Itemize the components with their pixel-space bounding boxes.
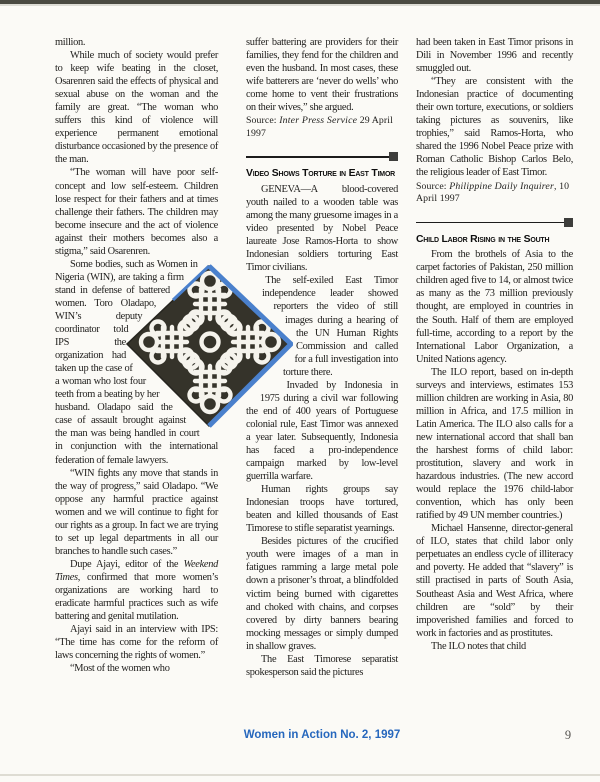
paragraph: From the brothels of Asia to the carpet … <box>416 248 573 365</box>
divider-end-square <box>564 218 573 227</box>
paragraph: had been taken in East Timor prisons in … <box>416 36 573 75</box>
scan-bottom-edge-artifact <box>0 774 600 776</box>
paragraph: “Most of the women who <box>55 662 218 675</box>
paragraph: Besides pictures of the crucified youth … <box>246 535 398 652</box>
text-run: , confirmed that more women’s organizati… <box>55 572 218 622</box>
paragraph: The ILO notes that child <box>416 640 573 653</box>
scan-top-edge-shadow <box>0 4 600 6</box>
paragraph: “They are consistent with the Indonesian… <box>416 75 573 179</box>
column-right: had been taken in East Timor prisons in … <box>416 36 573 653</box>
paragraph: GENEVA—A blood-covered youth nailed to a… <box>246 183 398 274</box>
source-label: Source: <box>416 181 449 192</box>
publication-name-italic: Philippine Daily Inquirer <box>449 181 554 192</box>
section-heading: Child Labor Rising in the South <box>416 234 573 247</box>
section-heading: Video Shows Torture in East Timor <box>246 168 398 181</box>
text-run: Dupe Ajayi, editor of the <box>70 559 184 570</box>
source-label: Source: <box>246 115 279 126</box>
paragraph: “WIN fights any move that stands in the … <box>55 467 218 558</box>
divider-end-square <box>389 152 398 161</box>
section-divider <box>246 152 398 161</box>
divider-line <box>416 222 573 224</box>
paragraph: Dupe Ajayi, editor of the Weekend Times,… <box>55 558 218 623</box>
section-divider <box>416 218 573 227</box>
paragraph: Michael Hansenne, director-general of IL… <box>416 522 573 639</box>
divider-line <box>246 156 398 158</box>
paragraph: Human rights groups say Indonesian troop… <box>246 483 398 535</box>
footer-journal-title: Women in Action No. 2, 1997 <box>238 729 406 741</box>
page-number: 9 <box>558 728 578 743</box>
paragraph: While much of society would prefer to ke… <box>55 49 218 166</box>
celtic-knot-graphic <box>125 264 293 428</box>
source-credit: Source: Philippine Daily Inquirer, 10 Ap… <box>416 181 573 206</box>
paragraph: suffer battering are providers for their… <box>246 36 398 114</box>
publication-name-italic: Inter Press Service <box>279 115 357 126</box>
paragraph: Ajayi said in an interview with IPS: “Th… <box>55 623 218 662</box>
paragraph: The ILO report, based on in-depth survey… <box>416 366 573 523</box>
magazine-page: { "document": { "footer": { "journal_tit… <box>0 0 600 782</box>
paragraph: The East Timorese separatist spokesperso… <box>246 653 398 679</box>
paragraph: “The woman will have poor self-concept a… <box>55 166 218 257</box>
